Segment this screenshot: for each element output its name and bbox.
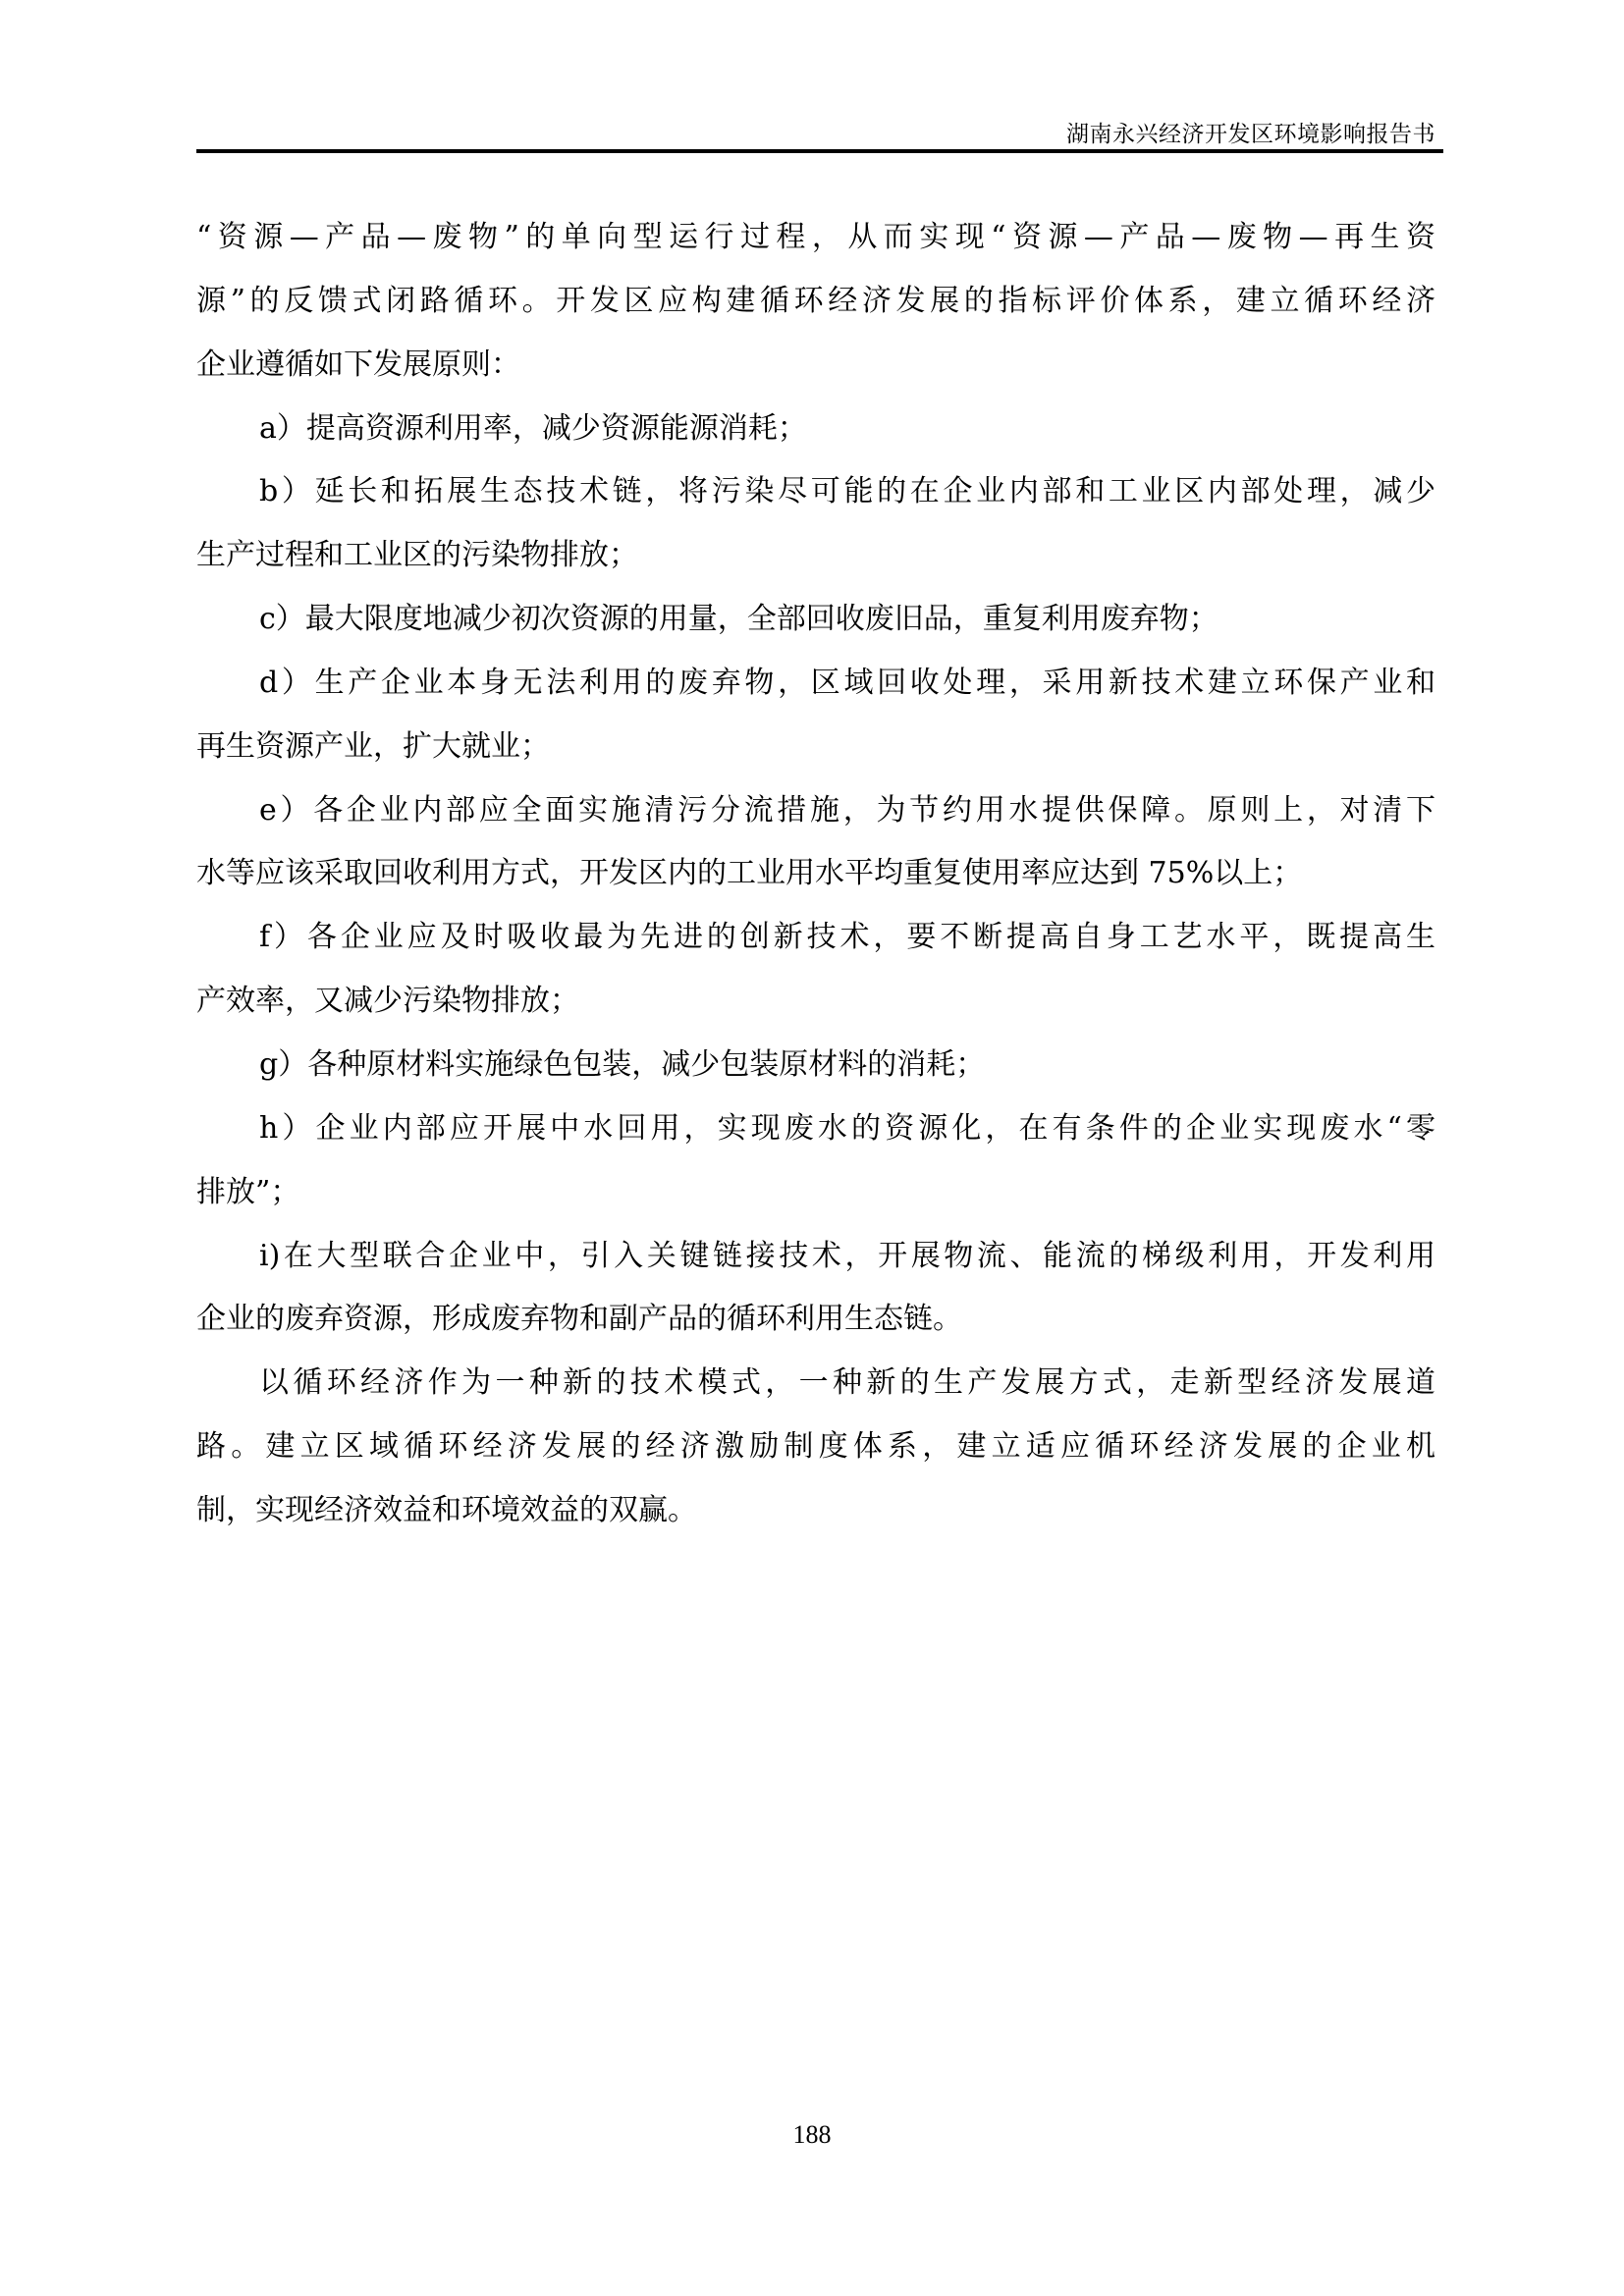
conclusion-paragraph-line: 以循环经济作为一种新的技术模式，一种新的生产发展方式，走新型经济发展道 [196, 1363, 1435, 1427]
conclusion-paragraph-line: 制，实现经济效益和环境效益的双赢。 [196, 1491, 1435, 1555]
text-line: 产效率，又减少污染物排放； [196, 982, 1435, 1045]
conclusion-paragraph-line: 路。建立区域循环经济发展的经济激励制度体系，建立适应循环经济发展的企业机 [196, 1427, 1435, 1491]
list-item-h: h）企业内部应开展中水回用，实现废水的资源化，在有条件的企业实现废水“零 [196, 1109, 1435, 1173]
list-item-i: i)在大型联合企业中，引入关键链接技术，开展物流、能流的梯级利用，开发利用 [196, 1237, 1435, 1301]
list-item-g: g）各种原材料实施绿色包装，减少包装原材料的消耗； [196, 1045, 1435, 1109]
list-item-d: d）生产企业本身无法利用的废弃物，区域回收处理，采用新技术建立环保产业和 [196, 664, 1435, 727]
list-item-a: a）提高资源利用率，减少资源能源消耗； [196, 409, 1435, 473]
text-line: 排放”； [196, 1173, 1435, 1237]
list-item-f: f）各企业应及时吸收最为先进的创新技术，要不断提高自身工艺水平，既提高生 [196, 918, 1435, 982]
list-item-c: c）最大限度地减少初次资源的用量，全部回收废旧品，重复利用废弃物； [196, 600, 1435, 664]
running-header-title: 湖南永兴经济开发区环境影响报告书 [1066, 116, 1435, 148]
text-line: “资源—产品—废物”的单向型运行过程，从而实现“资源—产品—废物—再生资 [196, 218, 1435, 282]
text-line: 生产过程和工业区的污染物排放； [196, 536, 1435, 600]
list-item-e: e）各企业内部应全面实施清污分流措施，为节约用水提供保障。原则上，对清下 [196, 791, 1435, 855]
text-line: 企业遵循如下发展原则： [196, 346, 1435, 409]
header-rule [196, 149, 1443, 153]
page-number: 188 [0, 2120, 1624, 2150]
text-line: 源”的反馈式闭路循环。开发区应构建循环经济发展的指标评价体系，建立循环经济 [196, 282, 1435, 346]
text-line: 再生资源产业，扩大就业； [196, 727, 1435, 791]
list-item-b: b）延长和拓展生态技术链，将污染尽可能的在企业内部和工业区内部处理，减少 [196, 472, 1435, 536]
text-line: 企业的废弃资源，形成废弃物和副产品的循环利用生态链。 [196, 1300, 1435, 1363]
text-line: 水等应该采取回收利用方式，开发区内的工业用水平均重复使用率应达到 75%以上； [196, 854, 1435, 918]
body-text: “资源—产品—废物”的单向型运行过程，从而实现“资源—产品—废物—再生资 源”的… [196, 218, 1435, 1555]
